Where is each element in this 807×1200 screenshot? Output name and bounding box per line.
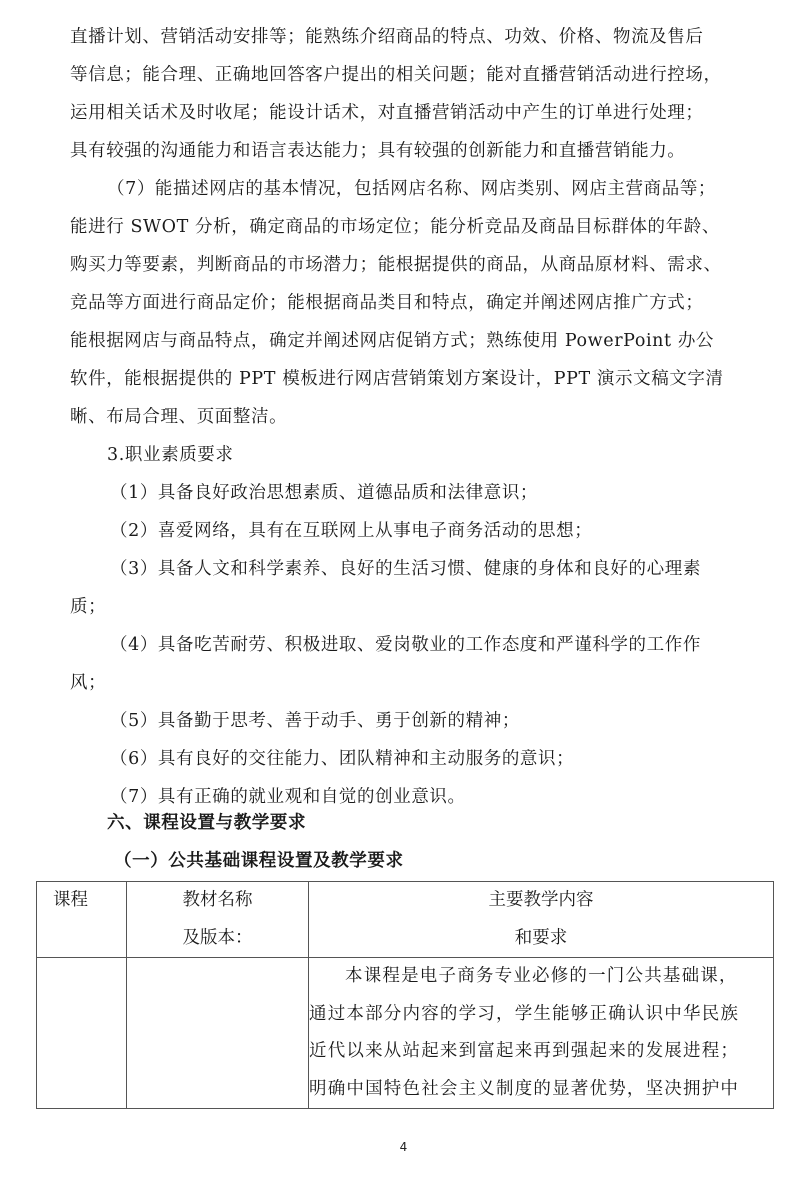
paragraph-line: 等信息；能合理、正确地回答客户提出的相关问题；能对直播营销活动进行控场， [70, 64, 750, 86]
quality-item: （1）具备良好政治思想素质、道德品质和法律意识； [110, 482, 790, 504]
paragraph-line: 运用相关话术及时收尾；能设计话术，对直播营销活动中产生的订单进行处理； [70, 102, 750, 124]
item-7-line: 竞品等方面进行商品定价；能根据商品类目和特点，确定并阐述网店推广方式； [70, 292, 750, 314]
item-7-line: 晰、布局合理、页面整洁。 [70, 406, 750, 428]
table-row: 本课程是电子商务专业必修的一门公共基础课， 通过本部分内容的学习，学生能够正确认… [37, 958, 774, 1109]
quality-item: （2）喜爱网络，具有在互联网上从事电子商务活动的思想； [110, 520, 790, 542]
header-content-line2: 和要求 [309, 920, 773, 958]
document-page: 直播计划、营销活动安排等；能熟练介绍商品的特点、功效、价格、物流及售后 等信息；… [0, 0, 807, 1200]
paragraph-line: 具有较强的沟通能力和语言表达能力；具有较强的创新能力和直播营销能力。 [70, 140, 750, 162]
course-table: 课程 教材名称 及版本： 主要教学内容 和要求 本课程是电子商务专业必修的一门公… [36, 881, 774, 1109]
header-content: 主要教学内容 和要求 [309, 882, 774, 958]
header-textbook-line2: 及版本： [127, 920, 308, 958]
quality-item-wrap: 风； [70, 672, 750, 694]
page-number: 4 [0, 1140, 807, 1154]
content-line: 近代以来从站起来到富起来再到强起来的发展进程； [309, 1033, 773, 1071]
header-content-line1: 主要教学内容 [309, 882, 773, 920]
quality-item-wrap: 质； [70, 596, 750, 618]
cell-course [37, 958, 127, 1109]
cell-content: 本课程是电子商务专业必修的一门公共基础课， 通过本部分内容的学习，学生能够正确认… [309, 958, 774, 1109]
item-7-line: 软件，能根据提供的 PPT 模板进行网店营销策划方案设计，PPT 演示文稿文字清 [70, 368, 750, 390]
item-7-line: 能根据网店与商品特点，确定并阐述网店促销方式；熟练使用 PowerPoint 办… [70, 330, 750, 352]
content-line: 通过本部分内容的学习，学生能够正确认识中华民族 [309, 996, 773, 1034]
header-textbook: 教材名称 及版本： [127, 882, 309, 958]
chapter-heading: 六、课程设置与教学要求 [107, 812, 787, 834]
item-7-line: （7）能描述网店的基本情况，包括网店名称、网店类别、网店主营商品等； [107, 178, 757, 200]
table-header-row: 课程 教材名称 及版本： 主要教学内容 和要求 [37, 882, 774, 958]
header-course: 课程 [37, 882, 127, 958]
content-line: 明确中国特色社会主义制度的显著优势，坚决拥护中 [309, 1071, 773, 1109]
quality-item: （6）具有良好的交往能力、团队精神和主动服务的意识； [110, 748, 790, 770]
sub-heading: （一）公共基础课程设置及教学要求 [114, 850, 794, 872]
quality-item: （7）具有正确的就业观和自觉的创业意识。 [110, 786, 790, 808]
quality-item: （3）具备人文和科学素养、良好的生活习惯、健康的身体和良好的心理素 [110, 558, 790, 580]
section-title: 3.职业素质要求 [107, 444, 787, 466]
quality-item: （5）具备勤于思考、善于动手、勇于创新的精神； [110, 710, 790, 732]
content-line: 本课程是电子商务专业必修的一门公共基础课， [309, 958, 773, 996]
item-7-line: 购买力等要素，判断商品的市场潜力；能根据提供的商品，从商品原材料、需求、 [70, 254, 750, 276]
item-7-line: 能进行 SWOT 分析，确定商品的市场定位；能分析竞品及商品目标群体的年龄、 [70, 216, 750, 238]
cell-textbook [127, 958, 309, 1109]
header-course-label: 课程 [53, 882, 126, 920]
header-textbook-line1: 教材名称 [127, 882, 308, 920]
quality-item: （4）具备吃苦耐劳、积极进取、爱岗敬业的工作态度和严谨科学的工作作 [110, 634, 790, 656]
paragraph-line: 直播计划、营销活动安排等；能熟练介绍商品的特点、功效、价格、物流及售后 [70, 26, 750, 48]
